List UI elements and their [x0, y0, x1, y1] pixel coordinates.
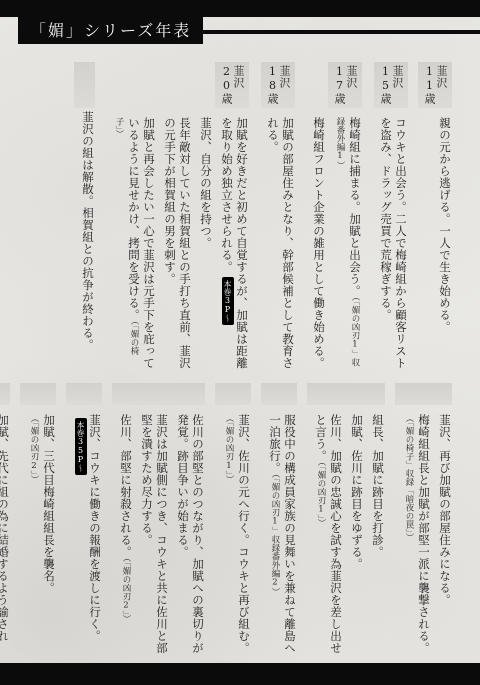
timeline-entry: 組長、加賦に跡目を打診。: [370, 414, 385, 658]
page-ref-badge: 本巻3P〜: [222, 277, 234, 325]
entry-column-set: 韮沢、再び加賦の部屋住みになる。梅崎組組長と加賦が部堅一派に襲撃される。（「媚の…: [395, 414, 452, 658]
entry-column-set: 韮沢の組は解散。相賀組との抗争が終わる。: [74, 111, 95, 365]
timeline-group: 韮沢20歳加賦を好きだと初めて自覚するが、加賦は距離を取り始め独立させられる。本…: [105, 62, 249, 371]
entry-text: 長年敵対していた相賀組との手打ち直前、韮沢の元手下が相賀組の男を刺す。: [163, 117, 192, 369]
page-ref-badge: 本巻35P〜: [75, 418, 87, 475]
timeline-entry: 佐川、部堅に射殺される。（「媚の凶刃2」）: [118, 414, 133, 658]
age-header-blank: [66, 383, 102, 405]
timeline-top-section: 韮沢11歳親の元から逃げる。一人で生き始める。韮沢15歳コウキと出会う。二人で梅…: [8, 62, 452, 371]
age-header: 韮沢18歳: [261, 62, 295, 108]
entry-column-set: 加賦の部屋住みとなり、幹部候補として教育される。: [259, 117, 295, 371]
entry-text: 加賦、三代目梅崎組組長を襲名。: [42, 414, 56, 594]
entry-column-set: 服役中の構成員家族の見舞いを兼ねて離島へ一泊旅行。（「媚の凶刃1」収録番外編2）: [261, 414, 297, 658]
source-note: （「媚の凶刃2」）: [29, 414, 39, 484]
timeline-group: 服役中の構成員家族の見舞いを兼ねて離島へ一泊旅行。（「媚の凶刃1」収録番外編2）: [261, 383, 297, 658]
entry-text: 韮沢は加賦側につき、コウキと共に佐川と部堅を潰すため尽力する。: [140, 414, 169, 654]
timeline-group: 加賦、先代に組の為に結婚するよう諭される。本巻51P〜: [0, 383, 10, 658]
entry-text: 加賦、佐川に跡目をゆずる。: [350, 414, 364, 570]
entry-text: 韮沢、再び加賦の部屋住みになる。: [438, 414, 452, 606]
timeline-group: 加賦、三代目梅崎組組長を襲名。（「媚の凶刃2」）: [20, 383, 56, 658]
entry-column-set: 韮沢、佐川の元へ行く。コウキと再び組む。（「媚の凶刃1」）: [215, 414, 251, 658]
timeline-group: 韮沢の組は解散。相賀組との抗争が終わる。: [74, 62, 95, 365]
timeline-group: 韮沢18歳加賦の部屋住みとなり、幹部候補として教育される。: [259, 62, 295, 371]
timeline-entry: 加賦、三代目梅崎組組長を襲名。（「媚の凶刃2」）: [26, 414, 56, 658]
entry-column-set: 加賦、三代目梅崎組組長を襲名。（「媚の凶刃2」）: [20, 414, 56, 658]
timeline-entry: 佐川、加賦の忠誠心を試す為韮沢を差し出せと言う。（「媚の凶刃1」）: [313, 414, 343, 658]
timeline-entry: 加賦と再会したい一心で韮沢は元手下を庇っているように見せかけ、拷問を受ける。（「…: [111, 117, 156, 371]
timeline-entry: 梅崎組に捕まる。加賦と出会う。（「媚の凶刃1」収録番外編1）: [332, 117, 362, 371]
age-header-blank: [74, 62, 95, 108]
timeline-entry: 長年敵対していた相賀組との手打ち直前、韮沢の元手下が相賀組の男を刺す。: [162, 117, 192, 371]
timeline-entry: 加賦を好きだと初めて自覚するが、加賦は距離を取り始め独立させられる。本巻3P〜: [219, 117, 249, 371]
timeline-entry: 佐川の部堅とのつながり、加賦への裏切りが発覚。跡目争いが始まる。: [175, 414, 205, 658]
timeline-bottom-section: 韮沢、再び加賦の部屋住みになる。梅崎組組長と加賦が部堅一派に襲撃される。（「媚の…: [8, 383, 452, 658]
timeline-entry: 韮沢、佐川の元へ行く。コウキと再び組む。（「媚の凶刃1」）: [221, 414, 251, 658]
age-header: 韮沢17歳: [328, 62, 362, 108]
timeline-entry: 韮沢、コウキに働きの報酬を渡しに行く。本巻35P〜: [72, 414, 102, 658]
entry-text: 佐川の部堅とのつながり、加賦への裏切りが発覚。跡目争いが始まる。: [176, 414, 205, 654]
timeline-group: 韮沢15歳コウキと出会う。二人で梅崎組から顧客リストを盗み、ドラッグ売買で荒稼ぎ…: [372, 62, 408, 371]
entry-text: 韮沢、自分の組を持つ。: [199, 117, 213, 249]
timeline-group: 韮沢、佐川の元へ行く。コウキと再び組む。（「媚の凶刃1」）: [215, 383, 251, 658]
source-note: （「媚の凶刃1」）: [224, 414, 234, 484]
entry-text: 韮沢の組は解散。相賀組との抗争が終わる。: [81, 111, 95, 351]
entry-text: 梅崎組フロント企業の雑用として働き始める。: [312, 117, 326, 369]
entry-text: 佐川、部堅に射殺される。: [119, 414, 133, 558]
timeline-entry: 加賦、先代に組の為に結婚するよう諭される。本巻51P〜: [0, 414, 10, 658]
timeline-group: 韮沢、再び加賦の部屋住みになる。梅崎組組長と加賦が部堅一派に襲撃される。（「媚の…: [395, 383, 452, 658]
source-note: （「媚の椅子」収録「暗夜の罠」）: [404, 414, 414, 542]
source-note: （「媚の凶刃1」）: [316, 462, 326, 527]
entry-text: 韮沢、佐川の元へ行く。コウキと再び組む。: [237, 414, 251, 654]
timeline-entry: 韮沢、再び加賦の部屋住みになる。: [437, 414, 452, 658]
entry-column-set: 親の元から逃げる。一人で生き始める。: [431, 117, 452, 371]
entry-column-set: 加賦を好きだと初めて自覚するが、加賦は距離を取り始め独立させられる。本巻3P〜韮…: [105, 117, 249, 371]
page-title: 「媚」シリーズ年表: [30, 21, 191, 40]
age-header-blank: [261, 383, 297, 405]
timeline-group: 韮沢17歳梅崎組に捕まる。加賦と出会う。（「媚の凶刃1」収録番外編1）梅崎組フロ…: [305, 62, 362, 371]
entry-text: 加賦、先代に組の為に結婚するよう諭される。: [0, 414, 10, 642]
entry-text: 梅崎組組長と加賦が部堅一派に襲撃される。: [417, 414, 431, 654]
entry-text: 梅崎組に捕まる。加賦と出会う。: [348, 117, 362, 297]
entry-text: 佐川、加賦の忠誠心を試す為韮沢を差し出せと言う。: [314, 414, 343, 654]
timeline-entry: 加賦の部屋住みとなり、幹部候補として教育される。: [265, 117, 295, 371]
timeline-entry: 梅崎組組長と加賦が部堅一派に襲撃される。（「媚の椅子」収録「暗夜の罠」）: [401, 414, 431, 658]
timeline-entry: 韮沢は加賦側につき、コウキと共に佐川と部堅を潰すため尽力する。: [139, 414, 169, 658]
entry-column-set: 梅崎組に捕まる。加賦と出会う。（「媚の凶刃1」収録番外編1）梅崎組フロント企業の…: [305, 117, 362, 371]
timeline-entry: コウキと出会う。二人で梅崎組から顧客リストを盗み、ドラッグ売買で荒稼ぎする。: [378, 117, 408, 371]
age-header-blank: [112, 383, 205, 405]
title-box: 「媚」シリーズ年表: [18, 16, 203, 44]
age-header: 韮沢20歳: [215, 62, 249, 108]
entry-text: 組長、加賦に跡目を打診。: [371, 414, 385, 558]
entry-column-set: 佐川の部堅とのつながり、加賦への裏切りが発覚。跡目争いが始まる。韮沢は加賦側につ…: [112, 414, 205, 658]
timeline-page: 「媚」シリーズ年表 韮沢11歳親の元から逃げる。一人で生き始める。韮沢15歳コウ…: [0, 0, 480, 685]
age-header: 韮沢11歳: [418, 62, 452, 108]
age-header: 韮沢15歳: [374, 62, 408, 108]
age-header-blank: [395, 383, 452, 405]
timeline-entry: 韮沢、自分の組を持つ。: [198, 117, 213, 371]
entry-column-set: 組長、加賦に跡目を打診。加賦、佐川に跡目をゆずる。佐川、加賦の忠誠心を試す為韮沢…: [307, 414, 385, 658]
entry-text: 加賦を好きだと初めて自覚するが、加賦は距離を取り始め独立させられる。: [220, 117, 249, 369]
entry-text: 親の元から逃げる。一人で生き始める。: [438, 117, 452, 333]
timeline-entry: 韮沢の組は解散。相賀組との抗争が終わる。: [80, 111, 95, 365]
timeline-entry: 加賦、佐川に跡目をゆずる。: [349, 414, 364, 658]
entry-text: 韮沢、コウキに働きの報酬を渡しに行く。: [88, 414, 102, 642]
entry-column-set: コウキと出会う。二人で梅崎組から顧客リストを盗み、ドラッグ売買で荒稼ぎする。: [372, 117, 408, 371]
bottom-black-bar: [0, 663, 480, 685]
source-note: （「媚の凶刃2」）: [121, 558, 131, 623]
entry-column-set: 韮沢、コウキに働きの報酬を渡しに行く。本巻35P〜: [66, 414, 102, 658]
timeline-group: 韮沢、コウキに働きの報酬を渡しに行く。本巻35P〜: [66, 383, 102, 658]
age-header-blank: [307, 383, 385, 405]
timeline-group: 佐川の部堅とのつながり、加賦への裏切りが発覚。跡目争いが始まる。韮沢は加賦側につ…: [112, 383, 205, 658]
source-note: （「媚の凶刃1」収録番外編2）: [270, 474, 280, 596]
title-rule: [160, 30, 480, 34]
age-header-blank: [215, 383, 251, 405]
timeline-entry: 親の元から逃げる。一人で生き始める。: [437, 117, 452, 371]
entry-column-set: 加賦、先代に組の為に結婚するよう諭される。本巻51P〜: [0, 414, 10, 658]
timeline-group: 韮沢11歳親の元から逃げる。一人で生き始める。: [418, 62, 452, 371]
timeline-entry: 服役中の構成員家族の見舞いを兼ねて離島へ一泊旅行。（「媚の凶刃1」収録番外編2）: [267, 414, 297, 658]
age-header-blank: [0, 383, 10, 405]
age-header-blank: [20, 383, 56, 405]
timeline-group: 組長、加賦に跡目を打診。加賦、佐川に跡目をゆずる。佐川、加賦の忠誠心を試す為韮沢…: [307, 383, 385, 658]
timeline-entry: 梅崎組フロント企業の雑用として働き始める。: [311, 117, 326, 371]
entry-text: 加賦の部屋住みとなり、幹部候補として教育される。: [266, 117, 295, 369]
entry-text: コウキと出会う。二人で梅崎組から顧客リストを盗み、ドラッグ売買で荒稼ぎする。: [379, 117, 408, 369]
top-black-bar: [0, 0, 480, 17]
